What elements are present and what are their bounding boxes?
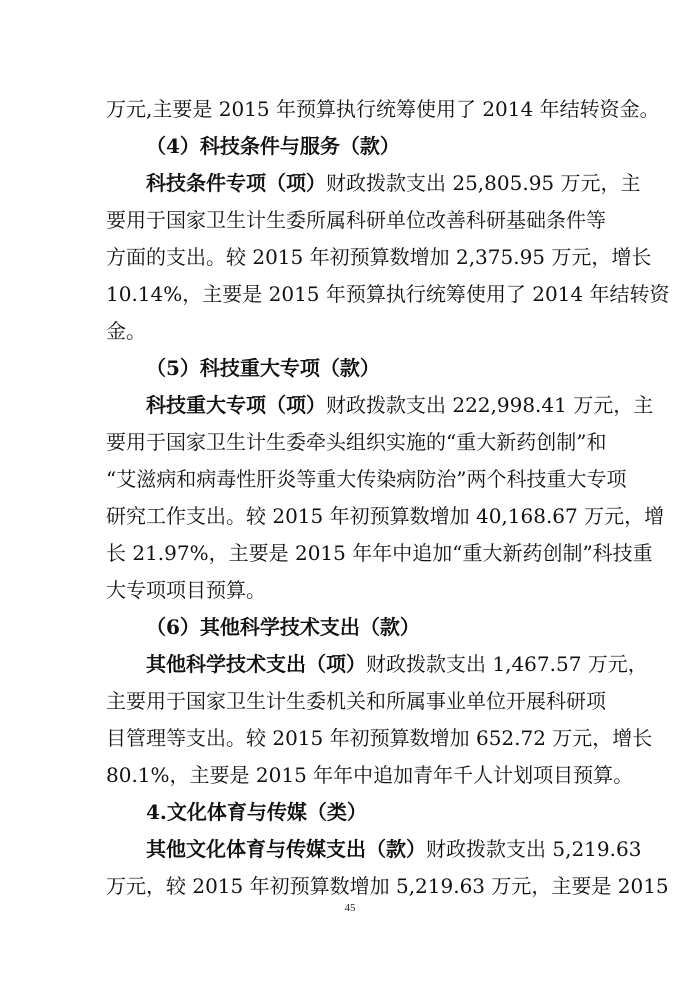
paragraph-line: 科技条件专项（项）财政拨款支出 25,805.95 万元，主 [146, 168, 596, 198]
paragraph-line: 万元，较 2015 年初预算数增加 5,219.63 万元，主要是 2015 [106, 871, 596, 901]
paragraph-line: 万元,主要是 2015 年预算执行统筹使用了 2014 年结转资金。 [106, 94, 596, 124]
item-title: 科技重大专项（项） [146, 393, 326, 417]
paragraph-line: 10.14%，主要是 2015 年预算执行统筹使用了 2014 年结转资 [106, 279, 596, 309]
category-heading-4: 4.文化体育与传媒（类） [146, 797, 596, 827]
item-title: 其他科学技术支出（项） [146, 652, 366, 676]
page-number: 45 [0, 902, 700, 914]
paragraph-line: 目管理等支出。较 2015 年初预算数增加 652.72 万元，增长 [106, 723, 596, 753]
paragraph-line: 要用于国家卫生计生委牵头组织实施的“重大新药创制”和 [106, 427, 596, 457]
item-text: 财政拨款支出 5,219.63 [426, 837, 641, 861]
paragraph-line: 其他科学技术支出（项）财政拨款支出 1,467.57 万元， [146, 649, 596, 679]
item-text: 财政拨款支出 222,998.41 万元，主 [326, 393, 653, 417]
paragraph-line: “艾滋病和病毒性肝炎等重大传染病防治”两个科技重大专项 [106, 464, 596, 494]
paragraph-line: 科技重大专项（项）财政拨款支出 222,998.41 万元，主 [146, 390, 596, 420]
paragraph-line: 方面的支出。较 2015 年初预算数增加 2,375.95 万元，增长 [106, 242, 596, 272]
paragraph-line: 长 21.97%，主要是 2015 年年中追加“重大新药创制”科技重 [106, 538, 596, 568]
paragraph-line: 80.1%，主要是 2015 年年中追加青年千人计划项目预算。 [106, 760, 596, 790]
paragraph-line: 大专项项目预算。 [106, 575, 596, 605]
item-text: 财政拨款支出 1,467.57 万元， [366, 652, 648, 676]
section-heading-6: （6）其他科学技术支出（款） [146, 612, 596, 642]
paragraph-line: 金。 [106, 316, 596, 346]
section-heading-5: （5）科技重大专项（款） [146, 353, 596, 383]
item-title: 其他文化体育与传媒支出（款） [146, 837, 426, 861]
section-heading-4: （4）科技条件与服务（款） [146, 131, 596, 161]
paragraph-line: 主要用于国家卫生计生委机关和所属事业单位开展科研项 [106, 686, 596, 716]
paragraph-line: 研究工作支出。较 2015 年初预算数增加 40,168.67 万元，增 [106, 501, 596, 531]
item-title: 科技条件专项（项） [146, 171, 326, 195]
item-text: 财政拨款支出 25,805.95 万元，主 [326, 171, 641, 195]
paragraph-line: 要用于国家卫生计生委所属科研单位改善科研基础条件等 [106, 205, 596, 235]
paragraph-line: 其他文化体育与传媒支出（款）财政拨款支出 5,219.63 [146, 834, 596, 864]
